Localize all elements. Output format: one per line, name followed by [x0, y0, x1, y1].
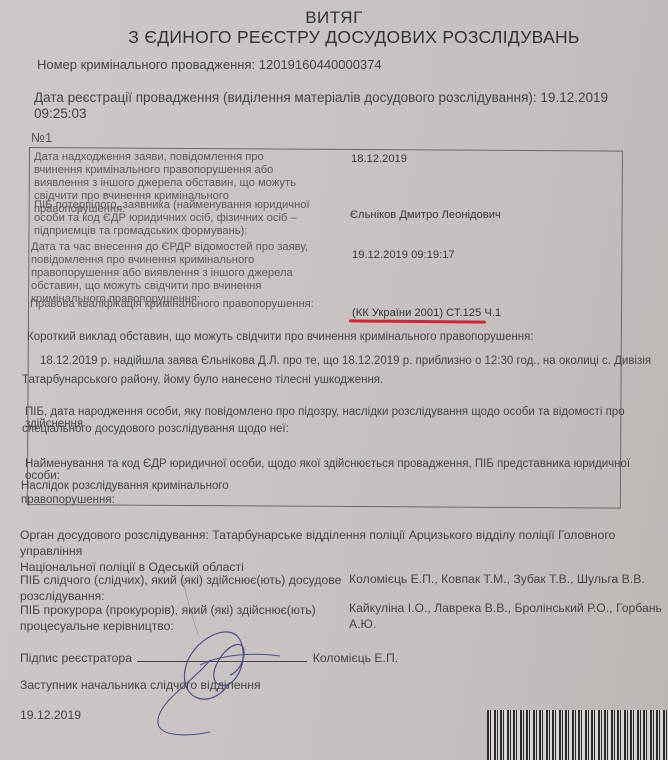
- outcome-label-line1: Наслідок розслідування кримінального: [21, 480, 229, 492]
- registration-date-value: 19.12.2019: [540, 90, 608, 105]
- summary-text-line1: 18.12.2019 р. надійшла заява Єльнікова Д…: [40, 355, 651, 367]
- barcode: [487, 710, 668, 760]
- entry-date-value: 19.12.2019 09:19:17: [352, 249, 455, 261]
- authority-line1: Орган досудового розслідування: Татарбун…: [20, 527, 660, 559]
- registration-time-value: 09:25:03: [34, 106, 87, 121]
- registration-date-line: Дата реєстрації провадження (виділення м…: [34, 90, 634, 122]
- prosecutors-value-line2: А.Ю.: [349, 616, 662, 632]
- document-date: 19.12.2019: [20, 707, 81, 723]
- case-number-label: Номер кримінального провадження:: [37, 57, 255, 72]
- victim-label: ПІБ потерпілого, заявника (найменування …: [34, 199, 319, 238]
- qualification-value: (КК України 2001) СТ.125 Ч.1: [352, 307, 501, 319]
- prosecutors-value: Кайкуліна І.О., Лаврека В.В., Бролінськи…: [349, 600, 662, 632]
- qualification-value-wrap: (КК України 2001) СТ.125 Ч.1: [352, 303, 501, 321]
- investigation-authority: Орган досудового розслідування: Татарбун…: [20, 527, 660, 575]
- case-number-value: 12019160440000374: [259, 57, 382, 72]
- investigators-value: Коломієць Е.П., Ковпак Т.М., Зубак Т.В.,…: [349, 571, 645, 587]
- summary-text-line2: Татарбунарського району, йому було нанес…: [22, 374, 383, 386]
- entry-number: №1: [31, 130, 52, 145]
- entry-date-label: Дата та час внесення до ЄРДР відомостей …: [31, 241, 336, 306]
- victim-value: Єльніков Дмитро Леонідович: [350, 209, 501, 221]
- summary-label: Короткий виклад обставин, що можуть свід…: [27, 331, 534, 343]
- registrar-signature-label: Підпис реєстратора: [20, 651, 132, 665]
- document-title: ВИТЯГ: [0, 8, 668, 28]
- registration-date-label: Дата реєстрації провадження (виділення м…: [34, 90, 537, 105]
- handwritten-signature-icon: [140, 560, 300, 740]
- legal-entity-label: Найменування та код ЄДР юридичної особи,…: [25, 458, 668, 482]
- qualification-label: Правова кваліфікація кримінального право…: [30, 298, 350, 311]
- suspect-label-line2: спеціального досудового розслідування що…: [22, 423, 289, 435]
- prosecutors-value-line1: Кайкуліна І.О., Лаврека В.В., Бролінськи…: [349, 600, 662, 616]
- outcome-label-line2: правопорушення:: [21, 494, 115, 506]
- receipt-date-value: 18.12.2019: [351, 153, 407, 165]
- document-subtitle: З ЄДИНОГО РЕЄСТРУ ДОСУДОВИХ РОЗСЛІДУВАНЬ: [20, 27, 668, 48]
- case-number-line: Номер кримінального провадження: 1201916…: [37, 57, 382, 72]
- registrar-name: Коломієць Е.П.: [313, 651, 398, 665]
